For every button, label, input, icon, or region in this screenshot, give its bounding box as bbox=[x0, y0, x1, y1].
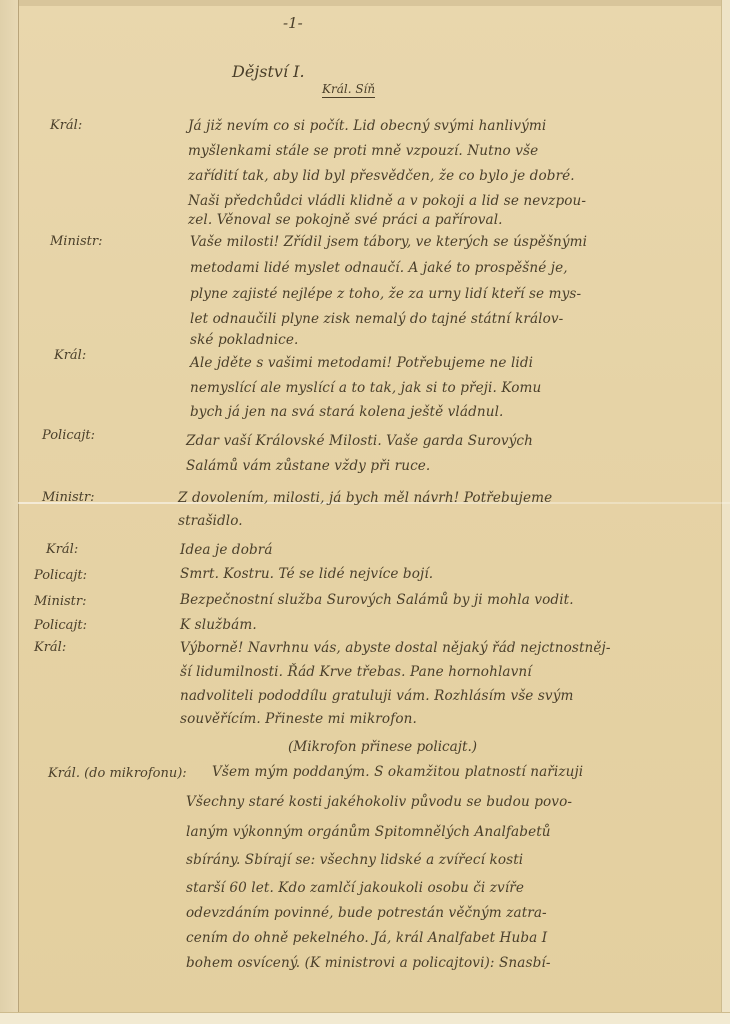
dialogue-line: zařídití tak, aby lid byl přesvědčen, že… bbox=[188, 168, 575, 184]
dialogue-line: Z dovolením, milosti, já bych měl návrh!… bbox=[178, 490, 552, 506]
dialogue-line: zel. Věnoval se pokojně své práci a paří… bbox=[188, 212, 503, 228]
binding-strip bbox=[0, 0, 19, 1024]
dialogue-line: metodami lidé myslet odnaučí. A jaké to … bbox=[190, 260, 568, 276]
dialogue-line: ší lidumilnosti. Řád Krve třebas. Pane h… bbox=[180, 664, 532, 680]
dialogue-line: cením do ohně pekelného. Já, král Analfa… bbox=[186, 930, 547, 946]
dialogue-line: Smrt. Kostru. Té se lidé nejvíce bojí. bbox=[180, 566, 433, 582]
scene-title: Král. Síň bbox=[322, 82, 375, 98]
speaker-label: Král: bbox=[54, 348, 86, 363]
speaker-label: Policajt: bbox=[34, 568, 87, 583]
dialogue-line: Zdar vaší Královské Milosti. Vaše garda … bbox=[186, 433, 533, 449]
dialogue-line: Výborně! Navrhnu vás, abyste dostal něja… bbox=[180, 640, 611, 656]
dialogue-line: bohem osvícený. (K ministrovi a policajt… bbox=[186, 955, 551, 971]
dialogue-line: nemyslící ale myslící a to tak, jak si t… bbox=[190, 380, 541, 396]
dialogue-line: nadvoliteli pododdílu gratuluji vám. Roz… bbox=[180, 688, 574, 704]
paper-right-edge bbox=[721, 0, 730, 1024]
dialogue-line: sbírány. Sbírají se: všechny lidské a zv… bbox=[186, 852, 523, 868]
stage-direction: (Mikrofon přinese policajt.) bbox=[288, 739, 477, 755]
dialogue-line: Všechny staré kosti jakéhokoliv původu s… bbox=[186, 794, 572, 810]
dialogue-line: souvěřícím. Přineste mi mikrofon. bbox=[180, 711, 417, 727]
dialogue-line: bych já jen na svá stará kolena ještě vl… bbox=[190, 404, 503, 420]
dialogue-line: Ale jděte s vašimi metodami! Potřebujeme… bbox=[190, 355, 533, 371]
speaker-label: Ministr: bbox=[42, 490, 95, 505]
speaker-label: Král: bbox=[50, 118, 82, 133]
speaker-label: Král. (do mikrofonu): bbox=[48, 766, 187, 781]
dialogue-line: K službám. bbox=[180, 617, 257, 633]
dialogue-line: Všem mým poddaným. S okamžitou platností… bbox=[212, 764, 583, 780]
dialogue-line: starší 60 let. Kdo zamlčí jakoukoli osob… bbox=[186, 880, 524, 896]
page-number: -1- bbox=[283, 14, 303, 32]
speaker-label: Policajt: bbox=[42, 428, 95, 443]
speaker-label: Ministr: bbox=[50, 234, 103, 249]
paper-bottom-edge bbox=[0, 1012, 730, 1024]
paper-top-edge bbox=[0, 0, 730, 6]
speaker-label: Král: bbox=[46, 542, 78, 557]
dialogue-line: Vaše milosti! Zřídil jsem tábory, ve kte… bbox=[190, 234, 587, 250]
dialogue-line: laným výkonným orgánům Spitomnělých Anal… bbox=[186, 824, 551, 840]
dialogue-line: Naši předchůdci vládli klidně a v pokoji… bbox=[188, 193, 586, 209]
dialogue-line: odevzdáním povinné, bude potrestán věčný… bbox=[186, 905, 547, 921]
dialogue-line: myšlenkami stále se proti mně vzpouzí. N… bbox=[188, 143, 538, 159]
act-title: Dějství I. bbox=[232, 62, 305, 81]
dialogue-line: plyne zajisté nejlépe z toho, že za urny… bbox=[190, 286, 581, 302]
dialogue-line: Salámů vám zůstane vždy při ruce. bbox=[186, 458, 430, 474]
dialogue-line: Bezpečnostní služba Surových Salámů by j… bbox=[180, 592, 574, 608]
manuscript-page: -1- Dějství I. Král. Síň Král: Já již ne… bbox=[0, 0, 730, 1024]
dialogue-line: strašidlo. bbox=[178, 513, 243, 529]
dialogue-line: Idea je dobrá bbox=[180, 542, 273, 558]
dialogue-line: let odnaučili plyne zisk nemalý do tajné… bbox=[190, 311, 563, 327]
dialogue-line: Já již nevím co si počít. Lid obecný svý… bbox=[188, 118, 546, 134]
speaker-label: Policajt: bbox=[34, 618, 87, 633]
dialogue-line: ské pokladnice. bbox=[190, 332, 298, 348]
speaker-label: Král: bbox=[34, 640, 66, 655]
speaker-label: Ministr: bbox=[34, 594, 87, 609]
